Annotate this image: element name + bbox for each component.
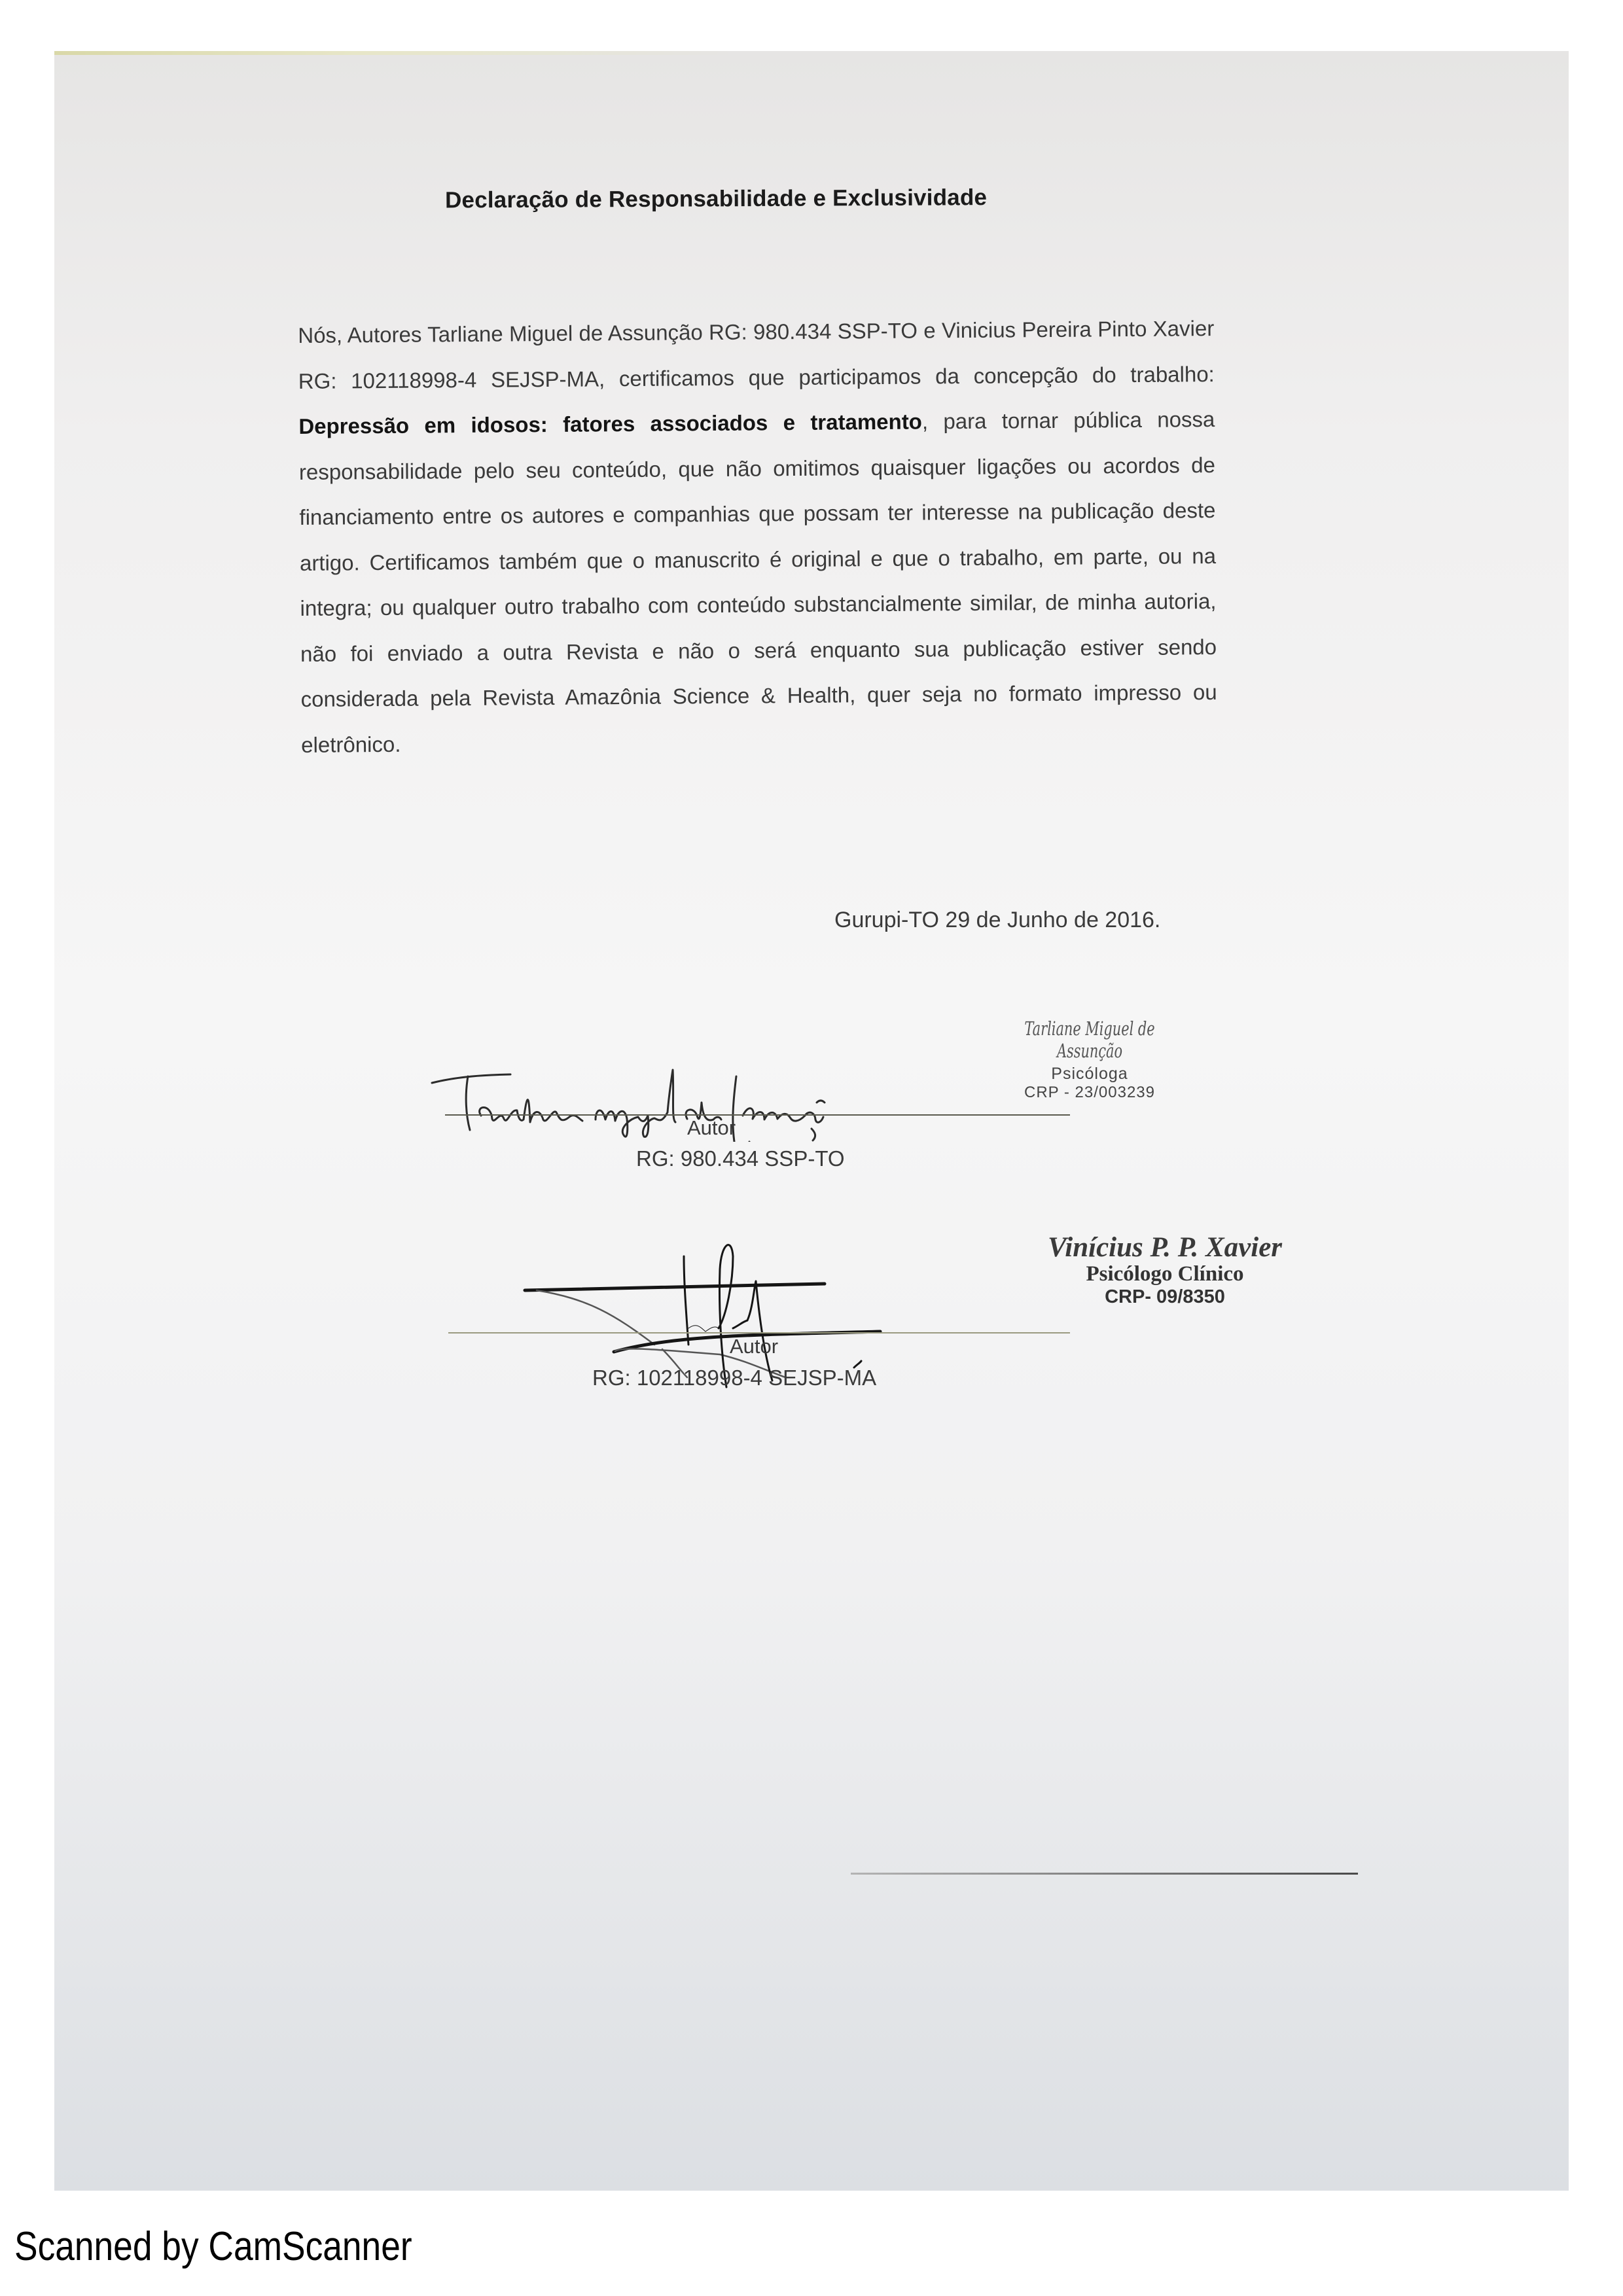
document-title: Declaração de Responsabilidade e Exclusi… [445, 184, 1073, 213]
place-date: Gurupi-TO 29 de Junho de 2016. [834, 908, 1160, 933]
body-text-part2: , para tornar pública nossa responsabili… [299, 407, 1217, 756]
signature-line-1 [445, 1114, 1070, 1116]
author-label-2: Autor [730, 1335, 778, 1358]
stamp-author-1: Tarliane Miguel de Assunção Psicóloga CR… [952, 1017, 1227, 1102]
body-text-part1: Nós, Autores Tarliane Miguel de Assunção… [298, 316, 1215, 393]
signature-line-2 [448, 1332, 1070, 1333]
stamp-registration: CRP- 09/8350 [1024, 1286, 1306, 1308]
stamp-name: Tarliane Miguel de Assunção [991, 1017, 1188, 1062]
rg-author-1: RG: 980.434 SSP-TO [636, 1146, 845, 1171]
rg-author-2: RG: 102118998-4 SEJSP-MA [592, 1366, 876, 1390]
camscanner-watermark: Scanned by CamScanner [14, 2223, 412, 2270]
declaration-body: Nós, Autores Tarliane Miguel de Assunção… [298, 306, 1217, 768]
article-title: Depressão em idosos: fatores associados … [298, 410, 922, 438]
stamp-title: Psicólogo Clínico [1024, 1262, 1306, 1286]
stamp-title: Psicóloga [952, 1065, 1227, 1084]
stamp-registration: CRP - 23/003239 [952, 1084, 1227, 1102]
author-label-1: Autor [687, 1116, 736, 1140]
stamp-author-2: Vinícius P. P. Xavier Psicólogo Clínico … [1024, 1231, 1306, 1308]
blank-signature-line [851, 1873, 1358, 1875]
stamp-name: Vinícius P. P. Xavier [1024, 1231, 1306, 1263]
